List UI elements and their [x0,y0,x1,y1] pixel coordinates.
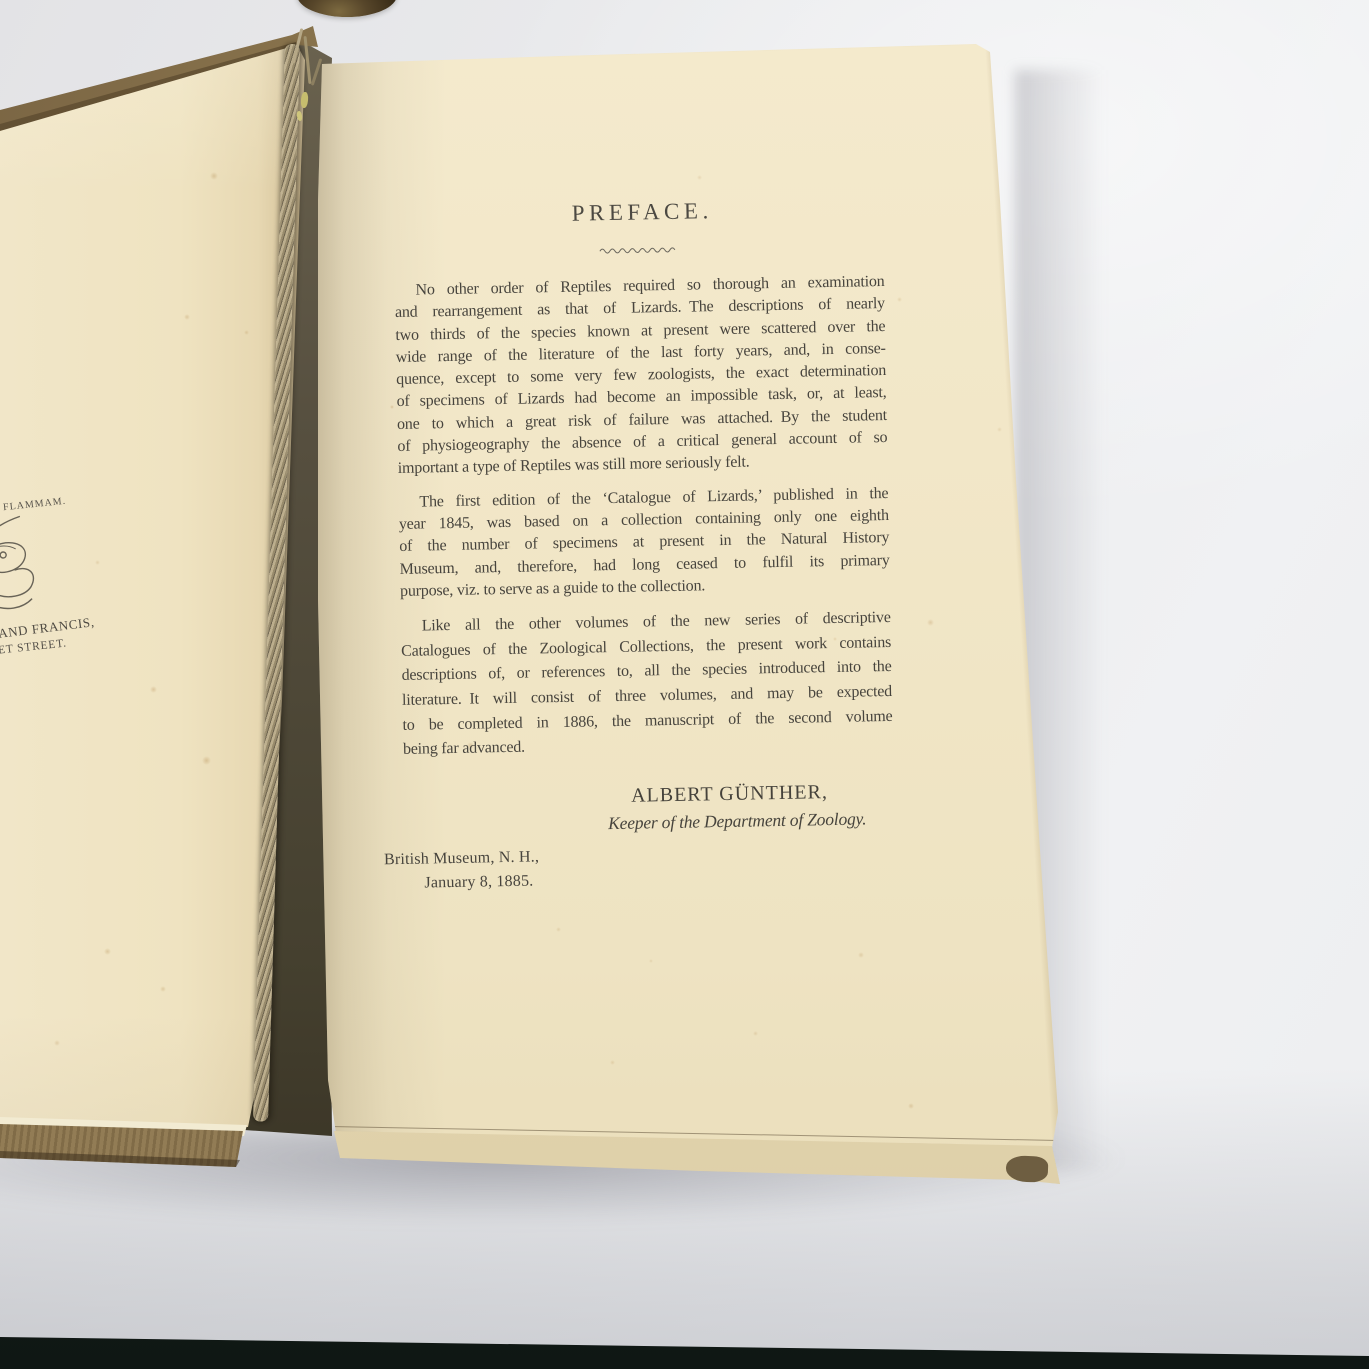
foxing-spot [244,330,249,335]
foxing-spot [390,405,394,409]
signature-role: Keeper of the Department of Zoology. [404,808,894,838]
foxing-spot [697,175,702,180]
paragraph: Like all the other volumes of the new se… [401,606,894,763]
foxing-spot [104,948,111,955]
paragraph: The first edition of the ‘Catalogue of L… [398,483,890,603]
foxing-spot [908,1103,914,1109]
signature-name: ALBERT GÜNTHER, [404,780,894,812]
foxing-spot [556,927,561,932]
foxing-spot [610,1060,615,1065]
book-photo-scene: FLAMMAM. AND FRANCIS, ET STREET. [0,0,1369,1369]
paragraph: No other order of Reptiles required so t… [394,271,888,481]
preface-paragraphs: No other order of Reptiles required so t… [394,271,893,763]
foxing-spot [753,1031,758,1036]
foxing-spot [927,619,934,626]
foxing-spot [54,1040,60,1046]
dateline-place: British Museum, N. H., [384,842,895,869]
foxing-spot [997,427,1002,432]
foxing-spot [184,314,190,320]
foxing-spot [150,686,157,693]
foxing-spot [897,297,902,302]
foxing-spot [649,959,653,963]
preface-text-block: PREFACE. No other order of Reptiles requ… [393,195,896,893]
foxing-spot [95,560,100,565]
foxing-spot [202,756,211,765]
foxing-spot [160,986,166,992]
printer-device-emblem [0,511,50,616]
ornament-wavy-rule [599,245,679,254]
foxing-spot [858,952,864,958]
foxing-spot [210,172,218,180]
